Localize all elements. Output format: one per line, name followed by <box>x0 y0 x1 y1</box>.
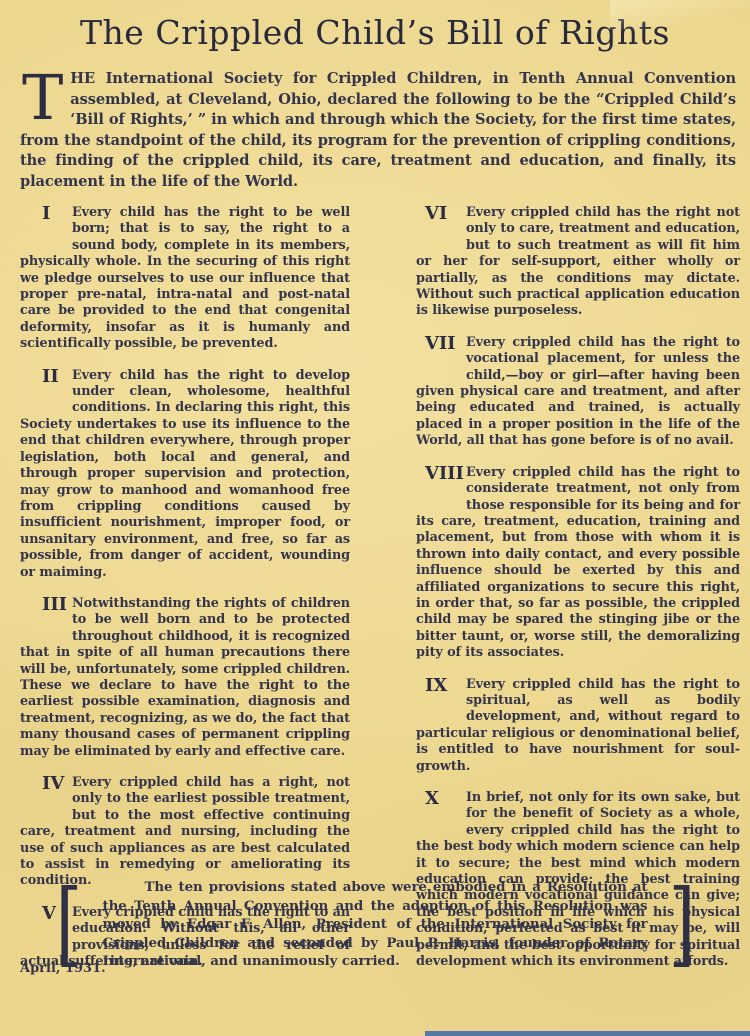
intro-paragraph: THE International Society for Crippled C… <box>20 69 736 192</box>
provision-numeral: VIII <box>416 465 466 498</box>
document-page: The Crippled Child’s Bill of Rights THE … <box>0 0 750 1036</box>
resolution-text: The ten provisions stated above were emb… <box>103 878 648 971</box>
provision-numeral: X <box>416 790 466 823</box>
right-bracket-ornament: ] <box>668 878 695 970</box>
provision-numeral: IX <box>416 677 466 710</box>
provision-VIII: VIIIEvery crippled child has the right t… <box>416 465 740 662</box>
left-bracket-ornament: [ <box>55 878 82 970</box>
left-column: IEvery child has the right to be well bo… <box>20 205 350 985</box>
provision-I: IEvery child has the right to be well bo… <box>20 205 350 353</box>
provision-II: IIEvery child has the right to develop u… <box>20 368 350 581</box>
drop-cap: T <box>20 69 70 129</box>
intro-text: HE International Society for Crippled Ch… <box>20 70 736 190</box>
provision-numeral: II <box>20 368 72 401</box>
provision-numeral: IV <box>20 775 72 808</box>
bottom-edge-strip <box>425 1031 750 1036</box>
provision-numeral: VI <box>416 205 466 238</box>
page-title: The Crippled Child’s Bill of Rights <box>0 0 750 52</box>
provision-III: IIINotwithstanding the rights of childre… <box>20 596 350 760</box>
date-line: April, 1931. <box>20 961 106 976</box>
provisions-columns: IEvery child has the right to be well bo… <box>20 205 740 985</box>
provision-numeral: I <box>20 205 72 238</box>
resolution-note: [ The ten provisions stated above were e… <box>0 878 750 971</box>
provision-numeral: VII <box>416 335 466 368</box>
provision-numeral: III <box>20 596 72 629</box>
provision-VII: VIIEvery crippled child has the right to… <box>416 335 740 450</box>
provision-IX: IXEvery crippled child has the right to … <box>416 677 740 775</box>
provision-VI: VIEvery crippled child has the right not… <box>416 205 740 320</box>
right-column: VIEvery crippled child has the right not… <box>416 205 740 985</box>
